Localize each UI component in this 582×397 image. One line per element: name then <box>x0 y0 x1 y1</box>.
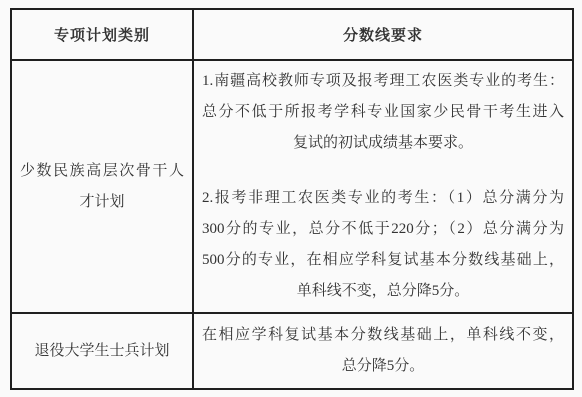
table-row: 少数民族高层次骨干人 才计划 1.南疆高校教师专项及报考理工农医类专业的考生： … <box>11 60 573 313</box>
cell-requirement-veteran-plan: 在相应学科复试基本分数线基础上，单科线不变， 总分降5分。 <box>193 313 573 389</box>
text-line: 单科线不变，总分降5分。 <box>202 276 564 307</box>
cell-category-veteran-plan: 退役大学生士兵计划 <box>11 313 193 389</box>
text-line: 在相应学科复试基本分数线基础上，单科线不变， <box>202 320 564 351</box>
header-requirement: 分数线要求 <box>193 9 573 60</box>
text-line: 2.报考非理工农医类专业的考生：（1）总分满分为 <box>202 183 564 214</box>
text-line: 复试的初试成绩基本要求。 <box>202 128 564 159</box>
text-line: 500分的专业，在相应学科复试基本分数线基础上， <box>202 245 564 276</box>
category-line: 退役大学生士兵计划 <box>20 336 184 367</box>
text-line: 300分的专业，总分不低于220分；（2）总分满分为 <box>202 214 564 245</box>
requirement-paragraph: 1.南疆高校教师专项及报考理工农医类专业的考生： 总分不低于所报考学科专业国家少… <box>202 66 564 159</box>
text-line: 1.南疆高校教师专项及报考理工农医类专业的考生： <box>202 66 564 97</box>
cell-category-minority-plan: 少数民族高层次骨干人 才计划 <box>11 60 193 313</box>
text-line: 总分不低于所报考学科专业国家少民骨干考生进入 <box>202 97 564 128</box>
requirement-paragraph: 在相应学科复试基本分数线基础上，单科线不变， 总分降5分。 <box>202 320 564 382</box>
scoreline-table: 专项计划类别 分数线要求 少数民族高层次骨干人 才计划 1.南疆高校教师专项及报… <box>10 8 574 390</box>
text-line: 总分降5分。 <box>202 351 564 382</box>
cell-requirement-minority-plan: 1.南疆高校教师专项及报考理工农医类专业的考生： 总分不低于所报考学科专业国家少… <box>193 60 573 313</box>
table-header-row: 专项计划类别 分数线要求 <box>11 9 573 60</box>
requirement-paragraph: 2.报考非理工农医类专业的考生：（1）总分满分为 300分的专业，总分不低于22… <box>202 183 564 307</box>
header-category: 专项计划类别 <box>11 9 193 60</box>
category-line: 少数民族高层次骨干人 <box>20 156 184 187</box>
category-line: 才计划 <box>20 187 184 218</box>
table-row: 退役大学生士兵计划 在相应学科复试基本分数线基础上，单科线不变， 总分降5分。 <box>11 313 573 389</box>
